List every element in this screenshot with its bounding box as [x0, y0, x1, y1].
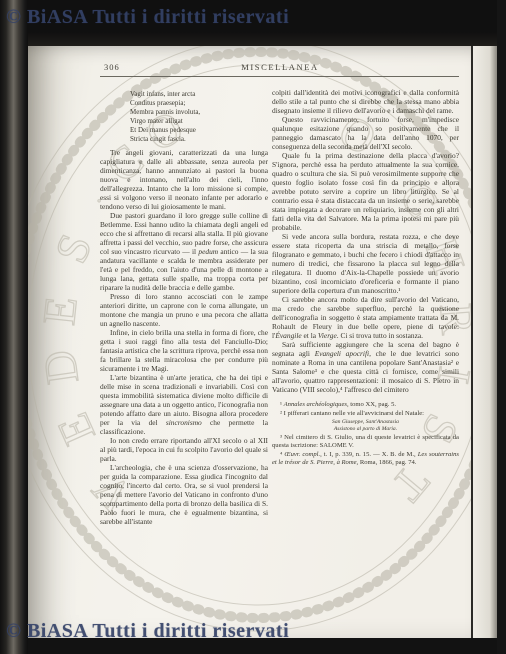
paragraph: Due pastori guardano il loro gregge sull…	[100, 211, 268, 292]
paragraph: Si vede ancora sulla bordura, restata ro…	[272, 232, 459, 295]
paragraph: Presso di loro stanno accosciati con le …	[100, 292, 268, 328]
paragraph: Ci sarebbe ancora molto da dire sull'avo…	[272, 295, 459, 340]
footnote: ³ Nel cimitero di S. Giulio, una di ques…	[272, 434, 459, 450]
header-rule	[100, 76, 459, 77]
page-crease-line	[471, 46, 473, 638]
paragraph: Tre angeli giovani, caratterizzati da un…	[100, 148, 268, 211]
footnotes: ¹ Annales archéologiques, tomo XX, pag. …	[272, 401, 459, 467]
paragraph: Quale fu la prima destinazione della pla…	[272, 151, 459, 232]
paragraph: colpiti dall'identità dei motivi iconogr…	[272, 88, 459, 115]
footnote: ⁴ Œuvr. compl., t. I, p. 339, n. 15. — X…	[272, 451, 459, 467]
paragraph: L'archeologia, che è una scienza d'osser…	[100, 463, 268, 526]
right-column: colpiti dall'identità dei motivi iconogr…	[272, 88, 459, 468]
copyright-watermark-top: © BiASA Tutti i diritti riservati	[6, 6, 289, 29]
paragraph: Sarà sufficiente aggiungere che la scena…	[272, 340, 459, 394]
footnote: ¹ Annales archéologiques, tomo XX, pag. …	[272, 401, 459, 409]
footnote-verse: San Giuseppe, Sant'AnastasiaAssistono al…	[272, 419, 459, 432]
page-header: 306 MISCELLANEA	[100, 62, 460, 74]
latin-verse: Vagit infans, inter arctaConditus praese…	[130, 90, 268, 144]
book-spine-shadow	[0, 0, 28, 654]
paragraph: Questo ravvicinamento, fortuito forse, m…	[272, 115, 459, 151]
paragraph: Infine, in cielo brilla una stella in fo…	[100, 328, 268, 373]
left-column: Vagit infans, inter arctaConditus praese…	[100, 88, 268, 526]
scan-border-right	[497, 0, 506, 654]
next-page-edge	[473, 46, 497, 638]
footnote: ² I pifferari cantano nelle vie all'avvi…	[272, 410, 459, 418]
page-content: 306 MISCELLANEA Vagit infans, inter arct…	[0, 0, 506, 654]
paragraph: L'arte bizantina è un'arte jeratica, che…	[100, 373, 268, 436]
paragraph: Io non credo errare riportando all'XI se…	[100, 436, 268, 463]
copyright-watermark-bottom: © BiASA Tutti i diritti riservati	[6, 620, 289, 643]
running-title: MISCELLANEA	[100, 62, 460, 72]
